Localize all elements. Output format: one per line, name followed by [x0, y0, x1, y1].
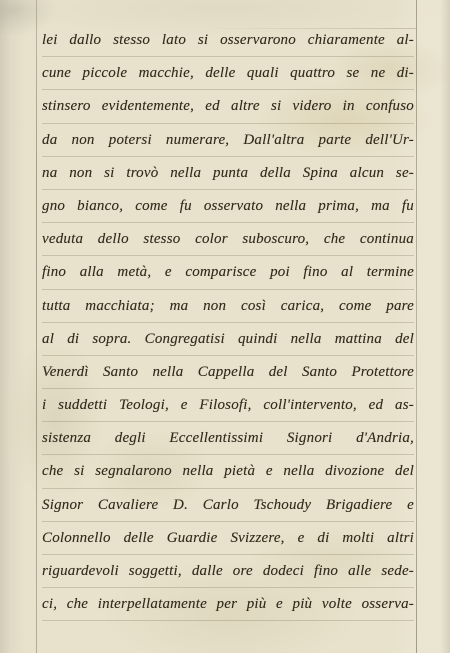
manuscript-line: al di sopra. Congregatisi quindi nella m… [42, 323, 414, 356]
left-margin-rule [36, 0, 37, 653]
manuscript-line: ci, che interpellatamente per più e più … [42, 588, 414, 621]
manuscript-line: i suddetti Teologi, e Filosofi, coll'int… [42, 389, 414, 422]
manuscript-line: gno bianco, come fu osservato nella prim… [42, 190, 414, 223]
manuscript-line: sistenza degli Eccellentissimi Signori d… [42, 422, 414, 455]
manuscript-line: veduta dello stesso color suboscuro, che… [42, 223, 414, 256]
manuscript-scan: lei dallo stesso lato si osservarono chi… [0, 0, 450, 653]
manuscript-line: da non potersi numerare, Dall'altra part… [42, 124, 414, 157]
manuscript-line: tutta macchiata; ma non così carica, com… [42, 290, 414, 323]
manuscript-line: fino alla metà, e comparisce poi fino al… [42, 256, 414, 289]
manuscript-line: na non si trovò nella punta della Spina … [42, 157, 414, 190]
manuscript-line: Colonnello delle Guardie Svizzere, e di … [42, 522, 414, 555]
right-margin-rule [416, 0, 417, 653]
manuscript-line: Venerdì Santo nella Cappella del Santo P… [42, 356, 414, 389]
manuscript-line: stinsero evidentemente, ed altre si vide… [42, 90, 414, 123]
manuscript-line: che si segnalarono nella pietà e nella d… [42, 455, 414, 488]
manuscript-line: Signor Cavaliere D. Carlo Tschoudy Briga… [42, 489, 414, 522]
manuscript-text-block: lei dallo stesso lato si osservarono chi… [42, 24, 414, 621]
manuscript-line: riguardevoli soggetti, dalle ore dodeci … [42, 555, 414, 588]
manuscript-line: lei dallo stesso lato si osservarono chi… [42, 24, 414, 57]
manuscript-line: cune piccole macchie, delle quali quattr… [42, 57, 414, 90]
